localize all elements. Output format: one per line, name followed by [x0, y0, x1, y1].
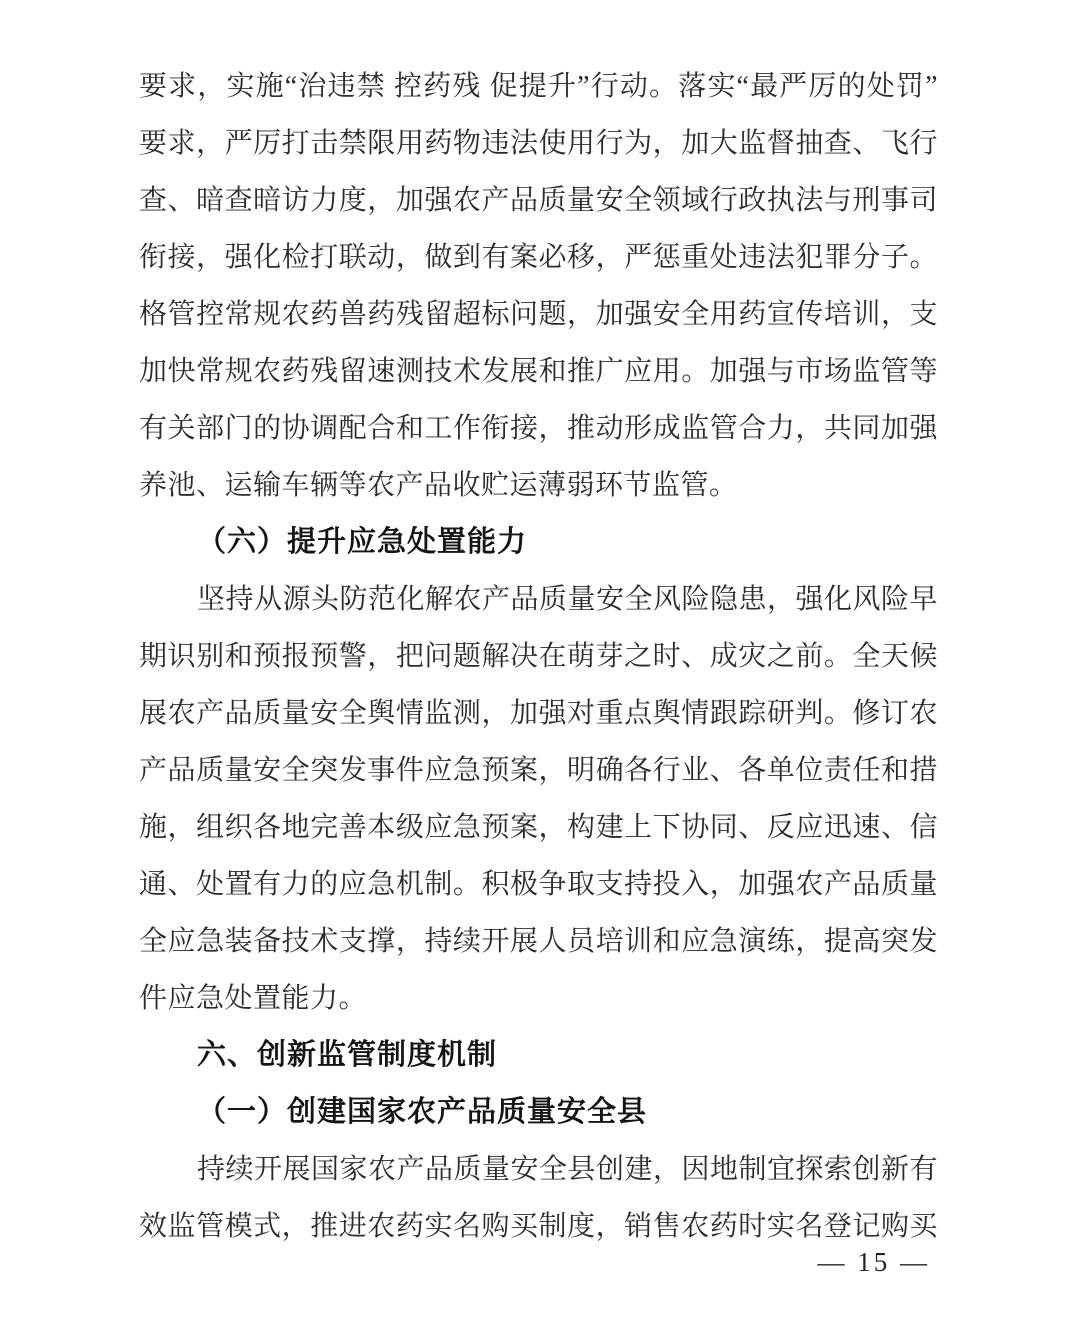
subsection-heading: （六）提升应急处置能力 — [139, 514, 938, 571]
subsection-heading: （一）创建国家农产品质量安全县 — [139, 1084, 938, 1141]
text-line: 持续开展国家农产品质量安全县创建，因地制宜探索创新有 — [139, 1141, 938, 1198]
text-line: 要求，严厉打击禁限用药物违法使用行为，加大监督抽查、飞行检 — [139, 115, 938, 172]
text-line: 加快常规农药残留速测技术发展和推广应用。加强与市场监管等 — [139, 343, 938, 400]
text-line: 要求，实施“治违禁 控药残 促提升”行动。落实“最严厉的处罚” — [139, 58, 938, 115]
text-line: 展农产品质量安全舆情监测，加强对重点舆情跟踪研判。修订农 — [139, 685, 938, 742]
text-line: 产品质量安全突发事件应急预案，明确各行业、各单位责任和措 — [139, 742, 938, 799]
page-number: — 15 — — [818, 1242, 931, 1282]
paragraph: 要求，实施“治违禁 控药残 促提升”行动。落实“最严厉的处罚”要求，严厉打击禁限… — [139, 58, 938, 514]
text-line: 坚持从源头防范化解农产品质量安全风险隐患，强化风险早 — [139, 571, 938, 628]
text-line: 格管控常规农药兽药残留超标问题，加强安全用药宣传培训，支持 — [139, 286, 938, 343]
text-line: 有关部门的协调配合和工作衔接，推动形成监管合力，共同加强暂 — [139, 400, 938, 457]
text-line: 养池、运输车辆等农产品收贮运薄弱环节监管。 — [139, 457, 938, 514]
paragraph: 持续开展国家农产品质量安全县创建，因地制宜探索创新有效监管模式，推进农药实名购买… — [139, 1141, 938, 1255]
document-page: 要求，实施“治违禁 控药残 促提升”行动。落实“最严厉的处罚”要求，严厉打击禁限… — [0, 0, 1080, 1319]
section-heading: 六、创新监管制度机制 — [139, 1027, 938, 1084]
text-line: 查、暗查暗访力度，加强农产品质量安全领域行政执法与刑事司法 — [139, 172, 938, 229]
paragraph: 坚持从源头防范化解农产品质量安全风险隐患，强化风险早期识别和预报预警，把问题解决… — [139, 571, 938, 1027]
text-line: 件应急处置能力。 — [139, 970, 938, 1027]
text-line: 衔接，强化检打联动，做到有案必移，严惩重处违法犯罪分子。严 — [139, 229, 938, 286]
text-line: 全应急装备技术支撑，持续开展人员培训和应急演练，提高突发事 — [139, 913, 938, 970]
text-line: 期识别和预报预警，把问题解决在萌芽之时、成灾之前。全天候开 — [139, 628, 938, 685]
document-body: 要求，实施“治违禁 控药残 促提升”行动。落实“最严厉的处罚”要求，严厉打击禁限… — [139, 58, 938, 1255]
text-line: 通、处置有力的应急机制。积极争取支持投入，加强农产品质量安 — [139, 856, 938, 913]
text-line: 施，组织各地完善本级应急预案，构建上下协同、反应迅速、信息畅 — [139, 799, 938, 856]
